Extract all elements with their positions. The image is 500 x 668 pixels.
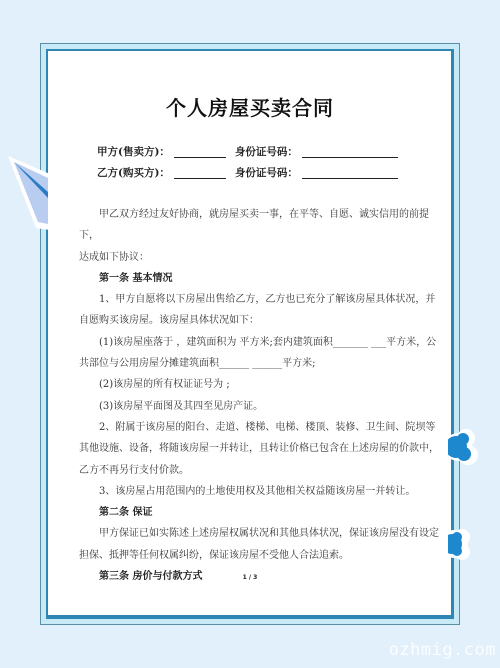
party-b-id-label: 身份证号码： [235, 165, 298, 180]
section-1-para-4: (3)该房屋平面图及其四至见房产证。 [79, 396, 439, 417]
section-1-para-5: 2、附属于该房屋的阳台、走道、楼梯、电梯、楼顶、装修、卫生间、院坝等其他设施、设… [79, 417, 439, 481]
watermark: ozhmig.com [389, 640, 496, 660]
party-a-id-blank[interactable] [302, 147, 398, 158]
section-2-heading: 第二条 保证 [79, 502, 439, 523]
paper-plane-icon [6, 152, 50, 232]
intro-line-1: 甲乙双方经过友好协商，就房屋买卖一事，在平等、自愿、诚实信用的前提下， [79, 204, 439, 247]
party-b-row: 乙方(购买方)： 身份证号码： [97, 165, 398, 180]
party-a-name-blank[interactable] [174, 147, 226, 158]
party-b-label: 乙方(购买方)： [97, 165, 170, 180]
section-1-para-1: 1、甲方自愿将以下房屋出售给乙方，乙方也已充分了解该房屋具体状况，并自愿购买该房… [79, 289, 439, 332]
section-1-heading: 第一条 基本情况 [79, 268, 439, 289]
section-1-para-6: 3、该房屋占用范围内的土地使用权及其他相关权益随该房屋一并转让。 [79, 481, 439, 502]
section-1-para-2: (1)该房屋座落于 ，建筑面积为 平方米;套内建筑面积_______ ___平方… [79, 332, 439, 375]
section-2-para-1: 甲方保证已如实陈述上述房屋权属状况和其他具体状况，保证该房屋没有设定担保、抵押等… [79, 523, 439, 566]
document-title: 个人房屋买卖合同 [0, 92, 500, 121]
section-1-para-3: (2)该房屋的所有权证证号为 ; [79, 374, 439, 395]
cloud-decoration-icon [448, 425, 484, 469]
intro-line-2: 达成如下协议： [79, 247, 439, 268]
party-b-id-blank[interactable] [302, 168, 398, 179]
cloud-decoration-icon [448, 522, 478, 566]
party-a-row: 甲方(售卖方)： 身份证号码： [97, 144, 398, 159]
party-a-id-label: 身份证号码： [235, 144, 298, 159]
page-number: 1 / 3 [0, 574, 500, 581]
contract-body: 甲乙双方经过友好协商，就房屋买卖一事，在平等、自愿、诚实信用的前提下， 达成如下… [79, 204, 439, 587]
party-b-name-blank[interactable] [174, 168, 226, 179]
party-a-label: 甲方(售卖方)： [97, 144, 170, 159]
